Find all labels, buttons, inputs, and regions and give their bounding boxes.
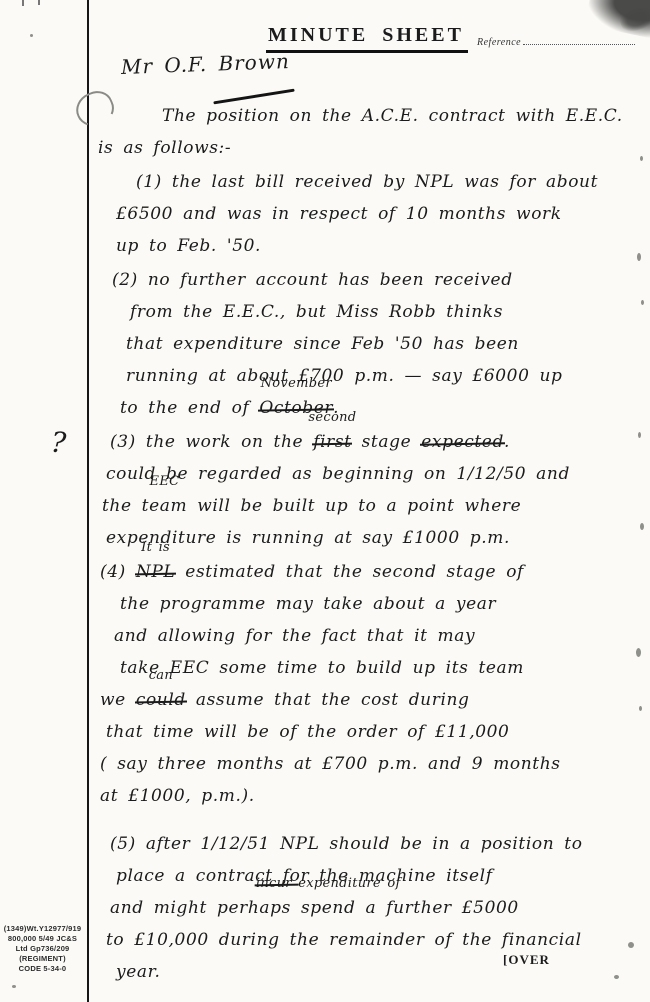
handwritten-line: The position on the A.C.E. contract with… — [98, 100, 650, 132]
handwritten-line: (1) the last bill received by NPL was fo… — [98, 166, 650, 198]
scan-speck — [641, 300, 644, 305]
handwritten-body: The position on the A.C.E. contract with… — [98, 100, 650, 990]
handwritten-line: we cancould assume that the cost during — [98, 684, 650, 716]
scan-speck — [38, 0, 40, 5]
correction: secondfirst — [313, 426, 351, 458]
scan-speck — [22, 0, 24, 6]
handwritten-line: (5) after 1/12/51 NPL should be in a pos… — [98, 828, 650, 860]
inserted-text: EEC — [150, 475, 180, 488]
paragraph-item-1: (1) the last bill received by NPL was fo… — [98, 166, 650, 262]
handwritten-line: up to Feb. '50. — [98, 230, 650, 262]
handwritten-line: and might perhaps incur expenditure ofsp… — [98, 892, 650, 924]
paragraph-intro: The position on the A.C.E. contract with… — [98, 100, 650, 164]
minute-sheet-page: MINUTE SHEET Reference Mr O.F. Brown ? T… — [0, 0, 650, 1002]
handwritten-line: year. — [98, 956, 650, 988]
scan-speck — [640, 156, 643, 161]
handwritten-line: that expenditure since Feb '50 has been — [98, 328, 650, 360]
handwritten-line: is as follows:- — [98, 132, 650, 164]
handwritten-line: ( say three months at £700 p.m. and 9 mo… — [98, 748, 650, 780]
scan-speck — [636, 648, 641, 657]
form-print-code: (1349)Wt.Y12977/919800,000 5/49 JC&SLtd … — [0, 924, 85, 974]
scan-speck — [614, 975, 619, 979]
reference-field: Reference — [477, 36, 635, 48]
reference-blank-line — [523, 36, 635, 45]
handwritten-line: the programme may take about a year — [98, 588, 650, 620]
inserted-text: incur expenditure of — [256, 877, 401, 890]
print-code-line: 800,000 5/49 JC&S — [0, 934, 85, 944]
print-code-line: (1349)Wt.Y12977/919 — [0, 924, 85, 934]
scan-speck — [628, 942, 634, 948]
scan-speck — [30, 34, 33, 37]
scan-speck — [640, 523, 644, 530]
handwritten-line: at £1000, p.m.). — [98, 780, 650, 812]
paragraph-item-2: (2) no further account has been received… — [98, 264, 650, 424]
handwritten-line: (4) It isNPL estimated that the second s… — [98, 556, 650, 588]
handwritten-line: (2) no further account has been received — [98, 264, 650, 296]
correction: EECteam — [142, 490, 188, 522]
inserted-text: It is — [141, 541, 170, 554]
handwritten-line: expenditure is running at say £1000 p.m. — [98, 522, 650, 554]
addressee: Mr O.F. Brown — [121, 49, 291, 79]
over-label: [OVER — [503, 952, 550, 968]
correction: incur expenditure ofspend — [301, 892, 356, 924]
handwritten-line: running at about £700 p.m. — say £6000 u… — [98, 360, 650, 392]
reference-label: Reference — [477, 37, 521, 48]
scan-speck — [638, 432, 641, 438]
handwritten-line: from the E.E.C., but Miss Robb thinks — [98, 296, 650, 328]
scan-speck — [12, 985, 16, 988]
handwritten-line: take EEC some time to build up its team — [98, 652, 650, 684]
page-title: MINUTE SHEET — [266, 24, 468, 53]
inserted-text: second — [308, 411, 356, 424]
handwritten-line: to the end of NovemberOctober. — [98, 392, 650, 424]
correction: cancould — [136, 684, 186, 716]
scan-speck — [639, 706, 642, 711]
handwritten-line: and allowing for the fact that it may — [98, 620, 650, 652]
handwritten-line: (3) the work on the secondfirst stage ex… — [98, 426, 650, 458]
paragraph-item-5: (5) after 1/12/51 NPL should be in a pos… — [98, 828, 650, 988]
handwritten-line: could be regarded as beginning on 1/12/5… — [98, 458, 650, 490]
print-code-line: (REGIMENT) — [0, 954, 85, 964]
handwritten-line: to £10,000 during the remainder of the f… — [98, 924, 650, 956]
handwritten-line: that time will be of the order of £11,00… — [98, 716, 650, 748]
margin-rule — [87, 0, 89, 1002]
inserted-text: November — [261, 377, 332, 390]
print-code-line: Ltd Gp736/209 — [0, 944, 85, 954]
correction: It isNPL — [136, 556, 175, 588]
scan-speck — [637, 253, 641, 261]
handwritten-line: £6500 and was in respect of 10 months wo… — [98, 198, 650, 230]
print-code-line: CODE 5-34-0 — [0, 964, 85, 974]
paragraph-item-4: (4) It isNPL estimated that the second s… — [98, 556, 650, 812]
inserted-text: can — [149, 669, 173, 682]
margin-question-mark: ? — [50, 426, 67, 460]
paragraph-item-3: (3) the work on the secondfirst stage ex… — [98, 426, 650, 554]
handwritten-line: the EECteam will be built up to a point … — [98, 490, 650, 522]
